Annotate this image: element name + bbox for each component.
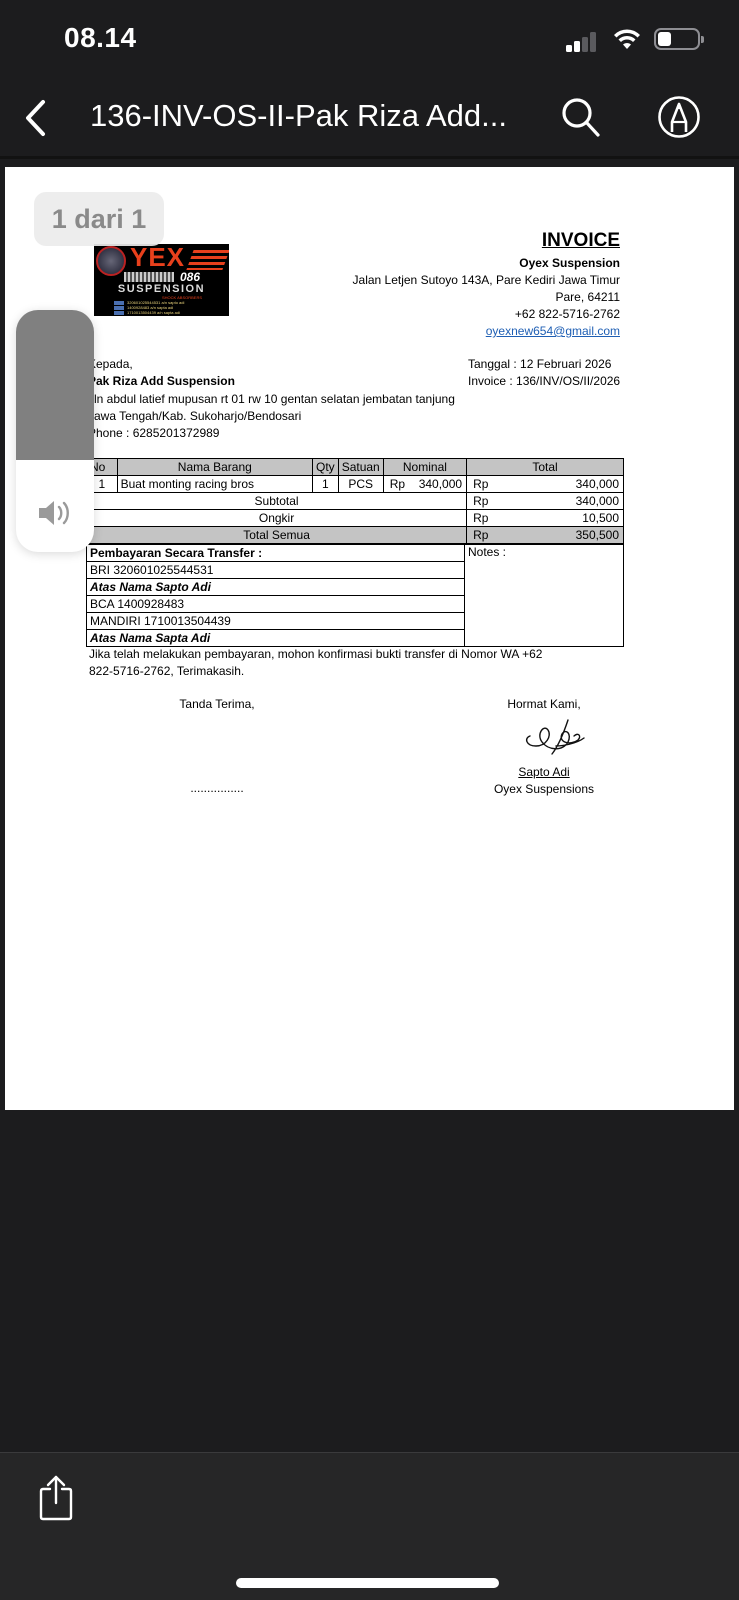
cellular-signal-icon xyxy=(566,32,598,52)
invoice-date: Tanggal : 12 Februari 2026 xyxy=(468,356,628,373)
sender-label: Hormat Kami, xyxy=(484,697,604,711)
payment-line: BCA 1400928483 xyxy=(87,596,465,613)
invoice-number: Invoice : 136/INV/OS/II/2026 xyxy=(468,373,628,390)
nav-bar: 136-INV-OS-II-Pak Riza Add... xyxy=(0,80,739,156)
grand-total-row: Total Semua Rp350,500 xyxy=(87,527,624,544)
recipient-block: Kepada, Pak Riza Add Suspension Jln abdu… xyxy=(88,356,468,442)
bottom-toolbar xyxy=(0,1452,739,1600)
signature-image xyxy=(522,716,592,758)
status-time: 08.14 xyxy=(64,22,137,54)
items-table: No Nama Barang Qty Satuan Nominal Total … xyxy=(86,458,624,544)
company-info: Oyex Suspension Jalan Letjen Sutoyo 143A… xyxy=(340,255,620,340)
pdf-viewer[interactable] xyxy=(0,156,739,1452)
header-nominal: Nominal xyxy=(383,459,466,476)
logo-tagline: SUSPENSION xyxy=(98,283,225,295)
confirmation-note: Jika telah melakukan pembayaran, mohon k… xyxy=(89,646,559,680)
recipient-address-line2: Jawa Tengah/Kab. Sukoharjo/Bendosari xyxy=(88,408,468,425)
receiver-signature-blank: ................ xyxy=(150,781,284,795)
search-icon xyxy=(558,94,604,140)
share-icon xyxy=(36,1475,76,1521)
shipping-label: Ongkir xyxy=(87,510,467,527)
back-button[interactable] xyxy=(18,96,58,140)
recipient-address-line1: Jln abdul latief mupusan rt 01 rw 10 gen… xyxy=(88,391,468,408)
chevron-left-icon xyxy=(18,96,58,140)
cell-unit: PCS xyxy=(338,476,383,493)
subtotal-value: Rp340,000 xyxy=(467,493,624,510)
cell-nominal: Rp340,000 xyxy=(383,476,466,493)
company-email-link[interactable]: oyexnew654@gmail.com xyxy=(486,324,620,338)
recipient-label: Kepada, xyxy=(88,356,468,373)
status-bar: 08.14 xyxy=(0,0,739,80)
table-row: 1 Buat monting racing bros 1 PCS Rp340,0… xyxy=(87,476,624,493)
cell-qty: 1 xyxy=(313,476,339,493)
logo-brand: YEX xyxy=(130,244,185,273)
payment-line: Atas Nama Sapta Adi xyxy=(87,630,465,647)
grand-total-label: Total Semua xyxy=(87,527,467,544)
invoice-meta: Tanggal : 12 Februari 2026 Invoice : 136… xyxy=(468,356,628,391)
search-button[interactable] xyxy=(558,94,604,140)
header-item: Nama Barang xyxy=(117,459,312,476)
cell-total: Rp340,000 xyxy=(467,476,624,493)
grand-total-value: Rp350,500 xyxy=(467,527,624,544)
payment-line: Atas Nama Sapto Adi xyxy=(87,579,465,596)
share-button[interactable] xyxy=(36,1475,76,1521)
header-total: Total xyxy=(467,459,624,476)
logo-number: 086 xyxy=(180,270,200,284)
header-qty: Qty xyxy=(313,459,339,476)
payment-line: MANDIRI 1710013504439 xyxy=(87,613,465,630)
company-address: Jalan Letjen Sutoyo 143A, Pare Kediri Ja… xyxy=(340,272,620,289)
company-phone: +62 822-5716-2762 xyxy=(340,306,620,323)
wifi-icon xyxy=(612,27,642,51)
payment-table: Pembayaran Secara Transfer : Notes : BRI… xyxy=(86,544,624,647)
payment-heading: Pembayaran Secara Transfer : xyxy=(87,545,465,562)
shipping-value: Rp10,500 xyxy=(467,510,624,527)
invoice-title: INVOICE xyxy=(400,230,620,252)
subtotal-row: Subtotal Rp340,000 xyxy=(87,493,624,510)
speaker-icon xyxy=(36,498,76,528)
recipient-name: Pak Riza Add Suspension xyxy=(88,373,468,390)
battery-icon xyxy=(654,28,700,50)
receiver-label: Tanda Terima, xyxy=(150,697,284,711)
subtotal-label: Subtotal xyxy=(87,493,467,510)
sender-name: Sapto Adi xyxy=(474,764,614,781)
markup-button[interactable] xyxy=(656,94,702,140)
notes-cell: Notes : xyxy=(465,545,624,647)
document-title: 136-INV-OS-II-Pak Riza Add... xyxy=(90,98,507,134)
header-unit: Satuan xyxy=(338,459,383,476)
table-header-row: No Nama Barang Qty Satuan Nominal Total xyxy=(87,459,624,476)
recipient-phone: Phone : 6285201372989 xyxy=(88,425,468,442)
home-indicator[interactable] xyxy=(236,1578,499,1588)
markup-pen-icon xyxy=(656,94,702,140)
sender-company: Oyex Suspensions xyxy=(474,781,614,798)
volume-hud[interactable] xyxy=(16,310,94,552)
payment-line: BRI 320601025544531 xyxy=(87,562,465,579)
sender-block: Sapto Adi Oyex Suspensions xyxy=(474,764,614,798)
cell-item: Buat monting racing bros xyxy=(117,476,312,493)
volume-level-fill xyxy=(16,310,94,460)
company-city: Pare, 64211 xyxy=(340,289,620,306)
shipping-row: Ongkir Rp10,500 xyxy=(87,510,624,527)
page-indicator[interactable]: 1 dari 1 xyxy=(34,192,164,246)
company-name: Oyex Suspension xyxy=(340,255,620,272)
logo-bank-list: 320601025544531 a/n sapto adi 1400928483… xyxy=(114,300,224,315)
company-logo: YEX 086 SUSPENSION SHOCK ABSORBERS 32060… xyxy=(94,244,229,316)
